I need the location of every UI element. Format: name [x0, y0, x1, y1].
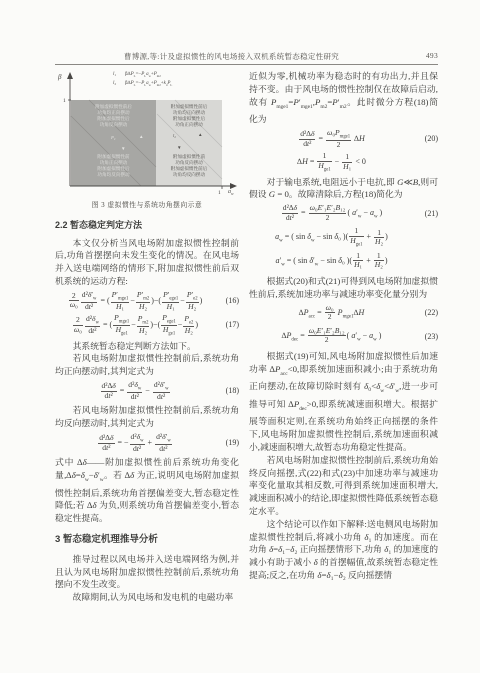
- curve-label-l2: l₂: [173, 134, 176, 139]
- paragraph: 若风电场附加虚拟惯性控制前后,系统功角均反向摆动时,其判定式为: [55, 404, 239, 430]
- section-2-2-heading: 2.2 暂态稳定判定方法: [55, 219, 239, 232]
- equation-18-body: d²∆δdt² = d²δwdt² − d²δ′wdt²: [55, 381, 215, 401]
- equation-18: d²∆δdt² = d²δwdt² − d²δ′wdt² (18): [55, 381, 239, 401]
- y-axis-tick: 1: [63, 95, 66, 108]
- equation-delta-h: ∆H = 1Hge1 − 1H₁ < 0: [249, 152, 438, 172]
- equation-aw-body: aw = ( sin δw − sin δ₀ )(1Hge1 + 1H₂): [249, 227, 414, 248]
- equation-delta-h-body: ∆H = 1Hge1 − 1H₁ < 0: [249, 152, 414, 172]
- section-3-heading: 3 暂态稳定机理推导分析: [55, 534, 239, 547]
- legend-line-2: l₂β∆PL=−PLaw+Pm2+kdPL: [113, 80, 239, 89]
- equation-16-number: (16): [215, 295, 239, 308]
- equation-19: d²∆δdt² = −d²δwdt² + d²δ′wdt² (19): [55, 433, 239, 453]
- left-column: β 1 1 aw l₁β∆PL=−PLaw+Pm2 l₂β∆PL=−PLaw+P…: [55, 70, 239, 604]
- figure-legend: l₁β∆PL=−PLaw+Pm2 l₂β∆PL=−PLaw+Pm2+kdPL: [113, 71, 239, 89]
- up-arrow-marker-dark: ▲: [139, 135, 144, 140]
- running-title: 曹博源,等:计及虚拟惯性的风电场接入双机系统暂态稳定性研究: [55, 51, 408, 62]
- equation-18-number: (18): [215, 385, 239, 398]
- legend-symbol-l2: l₂: [113, 80, 125, 87]
- figure-caption: 图 3 虚拟惯性与系统功角摆向示意: [55, 200, 239, 213]
- figure-plot: β 1 1 aw l₁β∆PL=−PLaw+Pm2 l₂β∆PL=−PLaw+P…: [55, 70, 239, 196]
- equation-21: d²∆δdt² = ω₀E′₁E′₂B₁₂2( a′w − aw ) (21): [249, 204, 438, 224]
- down-arrow-marker-light: ▼: [177, 146, 182, 151]
- equation-17-number: (17): [215, 319, 239, 332]
- equation-23: ∆Pdec = ω₀E′₁E′₂B₁₂2( a′w − aw ) (23): [249, 327, 438, 347]
- x-axis-label: aw: [228, 186, 234, 201]
- equation-23-body: ∆Pdec = ω₀E′₁E′₂B₁₂2( a′w − aw ): [249, 327, 414, 347]
- paragraph: 根据式(19)可知,风电场附加虚拟惯性后加速功率 ∆Pacc<0,即系统加速面积…: [249, 350, 438, 454]
- legend-formula-l1: β∆PL=−PLaw+Pm2: [125, 72, 161, 77]
- region-label-top-left: 附加虚拟惯性前后功角均正向摆动附加虚拟惯性后功角反向摆动: [72, 104, 155, 128]
- region-label-bottom-right: 附加虚拟惯性前功角反向摆动附加虚拟惯性前后功角均反向摆动: [157, 154, 221, 178]
- equation-16: 2ω₀d²δ′wdt² = (P′mge1H₁−P′m2H₂)−(P′ege1H…: [55, 291, 239, 311]
- paragraph: 若风电场附加虚拟惯性控制前后,系统功角均正向摆动时,其判定式为: [55, 352, 239, 378]
- paragraph: 推导过程以风电场并入送电端网络为例,并且认为风电场附加虚拟惯性控制前后,系统功角…: [55, 553, 239, 591]
- paragraph: 式中 ∆δ——附加虚拟惯性前后系统功角变化量,∆δ=δw−δ′w。若 ∆δ 为正…: [55, 456, 239, 525]
- equation-20-body: d²∆δdt² = ω₀Pmge12 ∆H: [249, 129, 414, 149]
- equation-21-body: d²∆δdt² = ω₀E′₁E′₂B₁₂2( a′w − aw ): [249, 204, 414, 224]
- paper-page: 曹博源,等:计及虚拟惯性的风电场接入双机系统暂态稳定性研究 493: [0, 0, 480, 673]
- figure-3: β 1 1 aw l₁β∆PL=−PLaw+Pm2 l₂β∆PL=−PLaw+P…: [55, 70, 239, 213]
- equation-16-body: 2ω₀d²δ′wdt² = (P′mge1H₁−P′m2H₂)−(P′ege1H…: [55, 291, 215, 311]
- equation-21-number: (21): [414, 208, 438, 221]
- equation-aw-prime-definition: a′w = ( sin δ′w − sin δ₀ )(1H₁ + 1H₂): [249, 252, 438, 272]
- paragraph: 本文仅分析当风电场附加虚拟惯性控制前后,功角首摆摆向未发生变化的情况。在风电场并…: [55, 237, 239, 288]
- equation-19-body: d²∆δdt² = −d²δwdt² + d²δ′wdt²: [55, 433, 215, 453]
- paragraph: 其系统暂态稳定判断方法如下。: [55, 340, 239, 353]
- paragraph: 故障期间,认为风电场和发电机的电磁功率: [55, 591, 239, 604]
- equation-22-number: (22): [414, 307, 438, 320]
- equation-22-body: ∆Pacc = ω₀2 Pmge1∆H: [249, 304, 414, 324]
- page-header: 曹博源,等:计及虚拟惯性的风电场接入双机系统暂态稳定性研究 493: [55, 51, 438, 63]
- paragraph: 若风电场附加虚拟惯性控制前后,系统功角始终反向摇摆,式(22)和式(23)中加速…: [249, 454, 438, 518]
- region-label-top-right: 附加虚拟惯性前后功角均正向摆动附加虚拟惯性后功角正向摆动: [157, 104, 221, 128]
- legend-symbol-l1: l₁: [113, 71, 125, 78]
- paragraph: 根据式(20)和式(21)可得到风电场附加虚拟惯性前后,系统加速功率与减速功率变…: [249, 275, 438, 301]
- up-arrow-marker-light: ▲: [198, 133, 203, 138]
- page-number: 493: [426, 51, 438, 60]
- region-label-bottom-left: 附加虚拟惯性前功角正向摆动附加虚拟惯性后功角均反向摆动: [72, 154, 155, 178]
- equation-aw-definition: aw = ( sin δw − sin δ₀ )(1Hge1 + 1H₂): [249, 227, 438, 248]
- x-axis-tick: 1: [218, 187, 221, 200]
- equation-19-number: (19): [215, 437, 239, 450]
- equation-23-number: (23): [414, 331, 438, 344]
- equation-aw-prime-body: a′w = ( sin δ′w − sin δ₀ )(1H₁ + 1H₂): [249, 252, 414, 272]
- curve-label-p2: P₂: [111, 136, 115, 141]
- equation-22: ∆Pacc = ω₀2 Pmge1∆H (22): [249, 304, 438, 324]
- header-rule: [55, 64, 438, 65]
- equation-17: 2ω₀d²δwdt² = (Pmge1Hge1−Pm2H₂)−(Pege1Hge…: [55, 314, 239, 337]
- paragraph: 对于输电系统,电阻远小于电抗,即 G≪B,则可假设 G = 0。故障清除后,方程…: [249, 176, 438, 202]
- paragraph: 近似为零,机械功率为稳态时的有功出力,并且保持不变。由于风电场的惯性控制仅在故障…: [249, 70, 438, 126]
- down-arrow-marker-dark: ▼: [121, 147, 126, 152]
- paragraph: 这个结论可以作如下解释:送电侧风电场附加虚拟惯性控制后,将减小功角 δ₁ 的加速…: [249, 518, 438, 582]
- equation-20-number: (20): [414, 133, 438, 146]
- equation-17-body: 2ω₀d²δwdt² = (Pmge1Hge1−Pm2H₂)−(Pege1Hge…: [55, 314, 215, 337]
- legend-formula-l2: β∆PL=−PLaw+Pm2+kdPL: [125, 81, 172, 86]
- right-column: 近似为零,机械功率为稳态时的有功出力,并且保持不变。由于风电场的惯性控制仅在故障…: [249, 70, 438, 582]
- legend-line-1: l₁β∆PL=−PLaw+Pm2: [113, 71, 239, 80]
- equation-20: d²∆δdt² = ω₀Pmge12 ∆H (20): [249, 129, 438, 149]
- y-axis-label: β: [58, 71, 62, 84]
